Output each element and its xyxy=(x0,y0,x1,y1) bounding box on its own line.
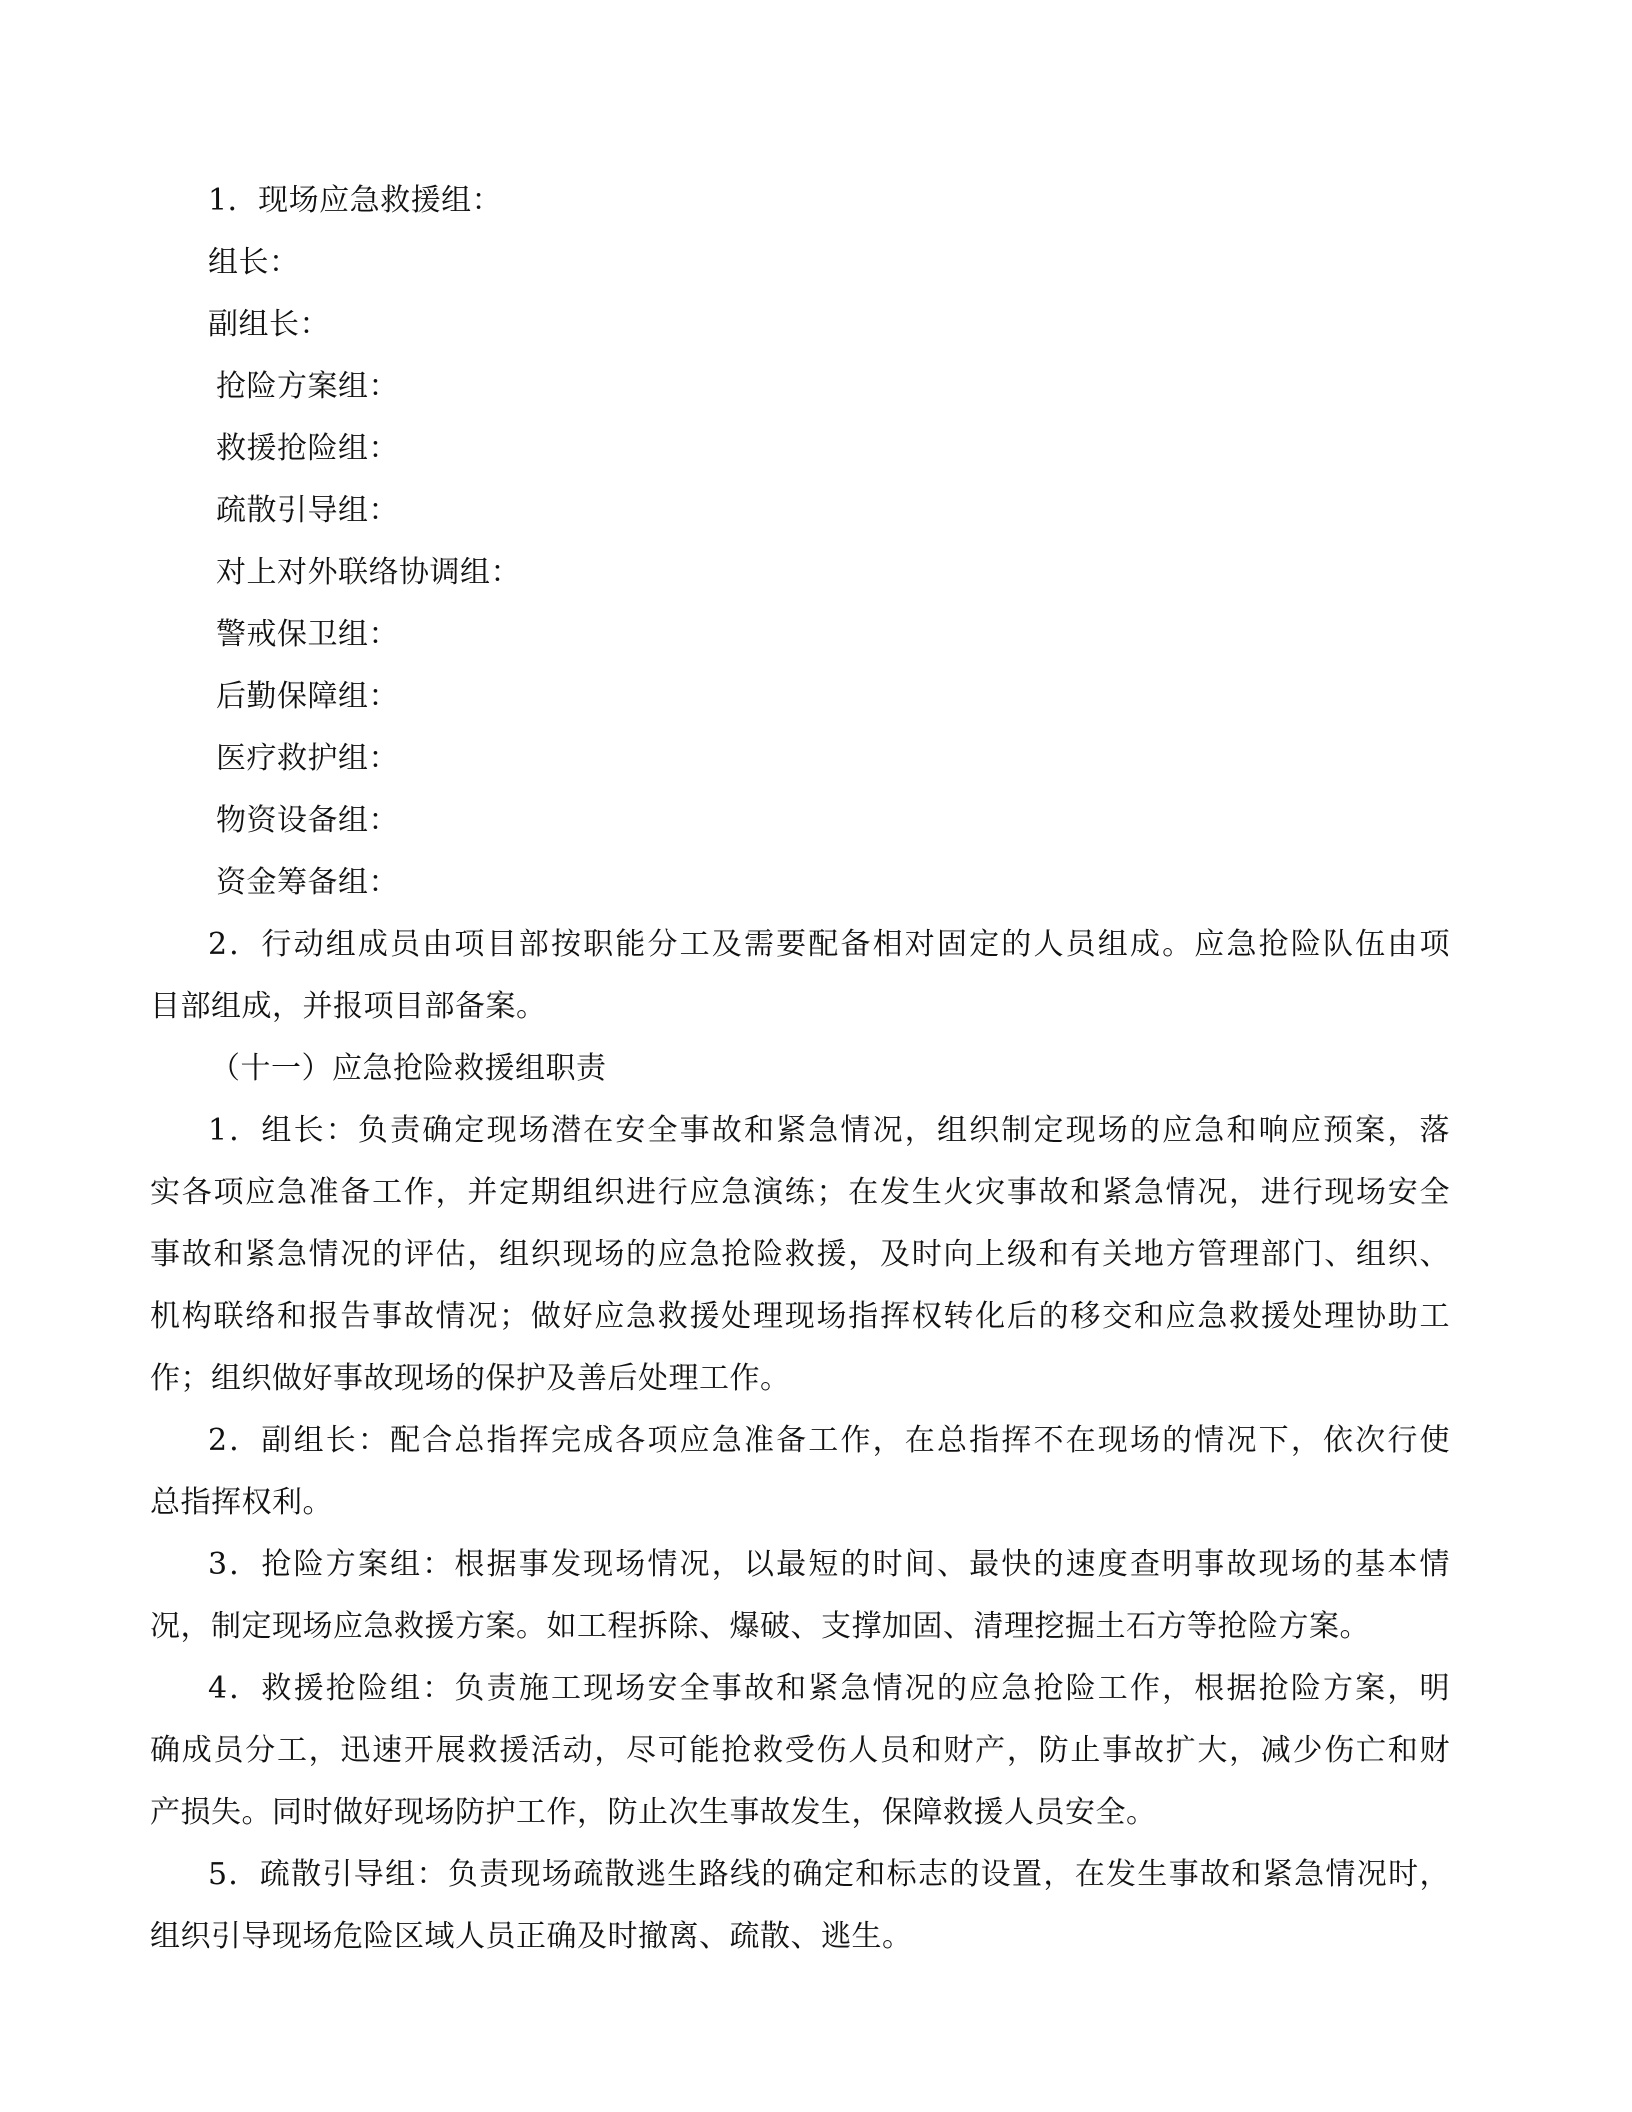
document-body: 1．现场应急救援组： 组长： 副组长： 抢险方案组： 救援抢险组： 疏散引导组：… xyxy=(150,170,1450,1968)
duty-rescue-plan-line-2: 况，制定现场应急救援方案。如工程拆除、爆破、支撑加固、清理挖掘土石方等抢险方案。 xyxy=(150,1596,1450,1658)
paragraph-team-composition-line-2: 目部组成，并报项目部备案。 xyxy=(150,976,1450,1038)
group-item-funding: 资金筹备组： xyxy=(150,852,1450,914)
duty-rescue-operation-line-3: 产损失。同时做好现场防护工作，防止次生事故发生，保障救援人员安全。 xyxy=(150,1782,1450,1844)
duty-evacuation-line-2: 组织引导现场危险区域人员正确及时撤离、疏散、逃生。 xyxy=(150,1906,1450,1968)
duty-deputy-line-2: 总指挥权利。 xyxy=(150,1472,1450,1534)
leader-label: 组长： xyxy=(150,232,1450,294)
group-item-logistics: 后勤保障组： xyxy=(150,666,1450,728)
duty-leader-line-1: 1．组长：负责确定现场潜在安全事故和紧急情况，组织制定现场的应急和响应预案，落 xyxy=(150,1100,1450,1162)
group-item-materials: 物资设备组： xyxy=(150,790,1450,852)
group-item-rescue-plan: 抢险方案组： xyxy=(150,356,1450,418)
group-item-security: 警戒保卫组： xyxy=(150,604,1450,666)
chapter-heading-duties: （十一）应急抢险救援组职责 xyxy=(150,1038,1450,1100)
duty-leader-line-2: 实各项应急准备工作，并定期组织进行应急演练；在发生火灾事故和紧急情况，进行现场安… xyxy=(150,1162,1450,1224)
duty-rescue-operation-line-1: 4．救援抢险组：负责施工现场安全事故和紧急情况的应急抢险工作，根据抢险方案，明 xyxy=(150,1658,1450,1720)
group-item-liaison: 对上对外联络协调组： xyxy=(150,542,1450,604)
duty-evacuation-line-1: 5．疏散引导组：负责现场疏散逃生路线的确定和标志的设置，在发生事故和紧急情况时， xyxy=(150,1844,1450,1906)
group-item-rescue-operation: 救援抢险组： xyxy=(150,418,1450,480)
duty-leader-line-4: 机构联络和报告事故情况；做好应急救援处理现场指挥权转化后的移交和应急救援处理协助… xyxy=(150,1286,1450,1348)
deputy-leader-label: 副组长： xyxy=(150,294,1450,356)
duty-leader-line-5: 作；组织做好事故现场的保护及善后处理工作。 xyxy=(150,1348,1450,1410)
duty-rescue-plan-line-1: 3．抢险方案组：根据事发现场情况，以最短的时间、最快的速度查明事故现场的基本情 xyxy=(150,1534,1450,1596)
section-heading-rescue-team: 1．现场应急救援组： xyxy=(150,170,1450,232)
group-item-evacuation: 疏散引导组： xyxy=(150,480,1450,542)
group-item-medical: 医疗救护组： xyxy=(150,728,1450,790)
duty-leader-line-3: 事故和紧急情况的评估，组织现场的应急抢险救援，及时向上级和有关地方管理部门、组织… xyxy=(150,1224,1450,1286)
document-page: 1．现场应急救援组： 组长： 副组长： 抢险方案组： 救援抢险组： 疏散引导组：… xyxy=(0,0,1632,2112)
duty-rescue-operation-line-2: 确成员分工，迅速开展救援活动，尽可能抢救受伤人员和财产，防止事故扩大，减少伤亡和… xyxy=(150,1720,1450,1782)
paragraph-team-composition-line-1: 2．行动组成员由项目部按职能分工及需要配备相对固定的人员组成。应急抢险队伍由项 xyxy=(150,914,1450,976)
duty-deputy-line-1: 2．副组长：配合总指挥完成各项应急准备工作，在总指挥不在现场的情况下，依次行使 xyxy=(150,1410,1450,1472)
